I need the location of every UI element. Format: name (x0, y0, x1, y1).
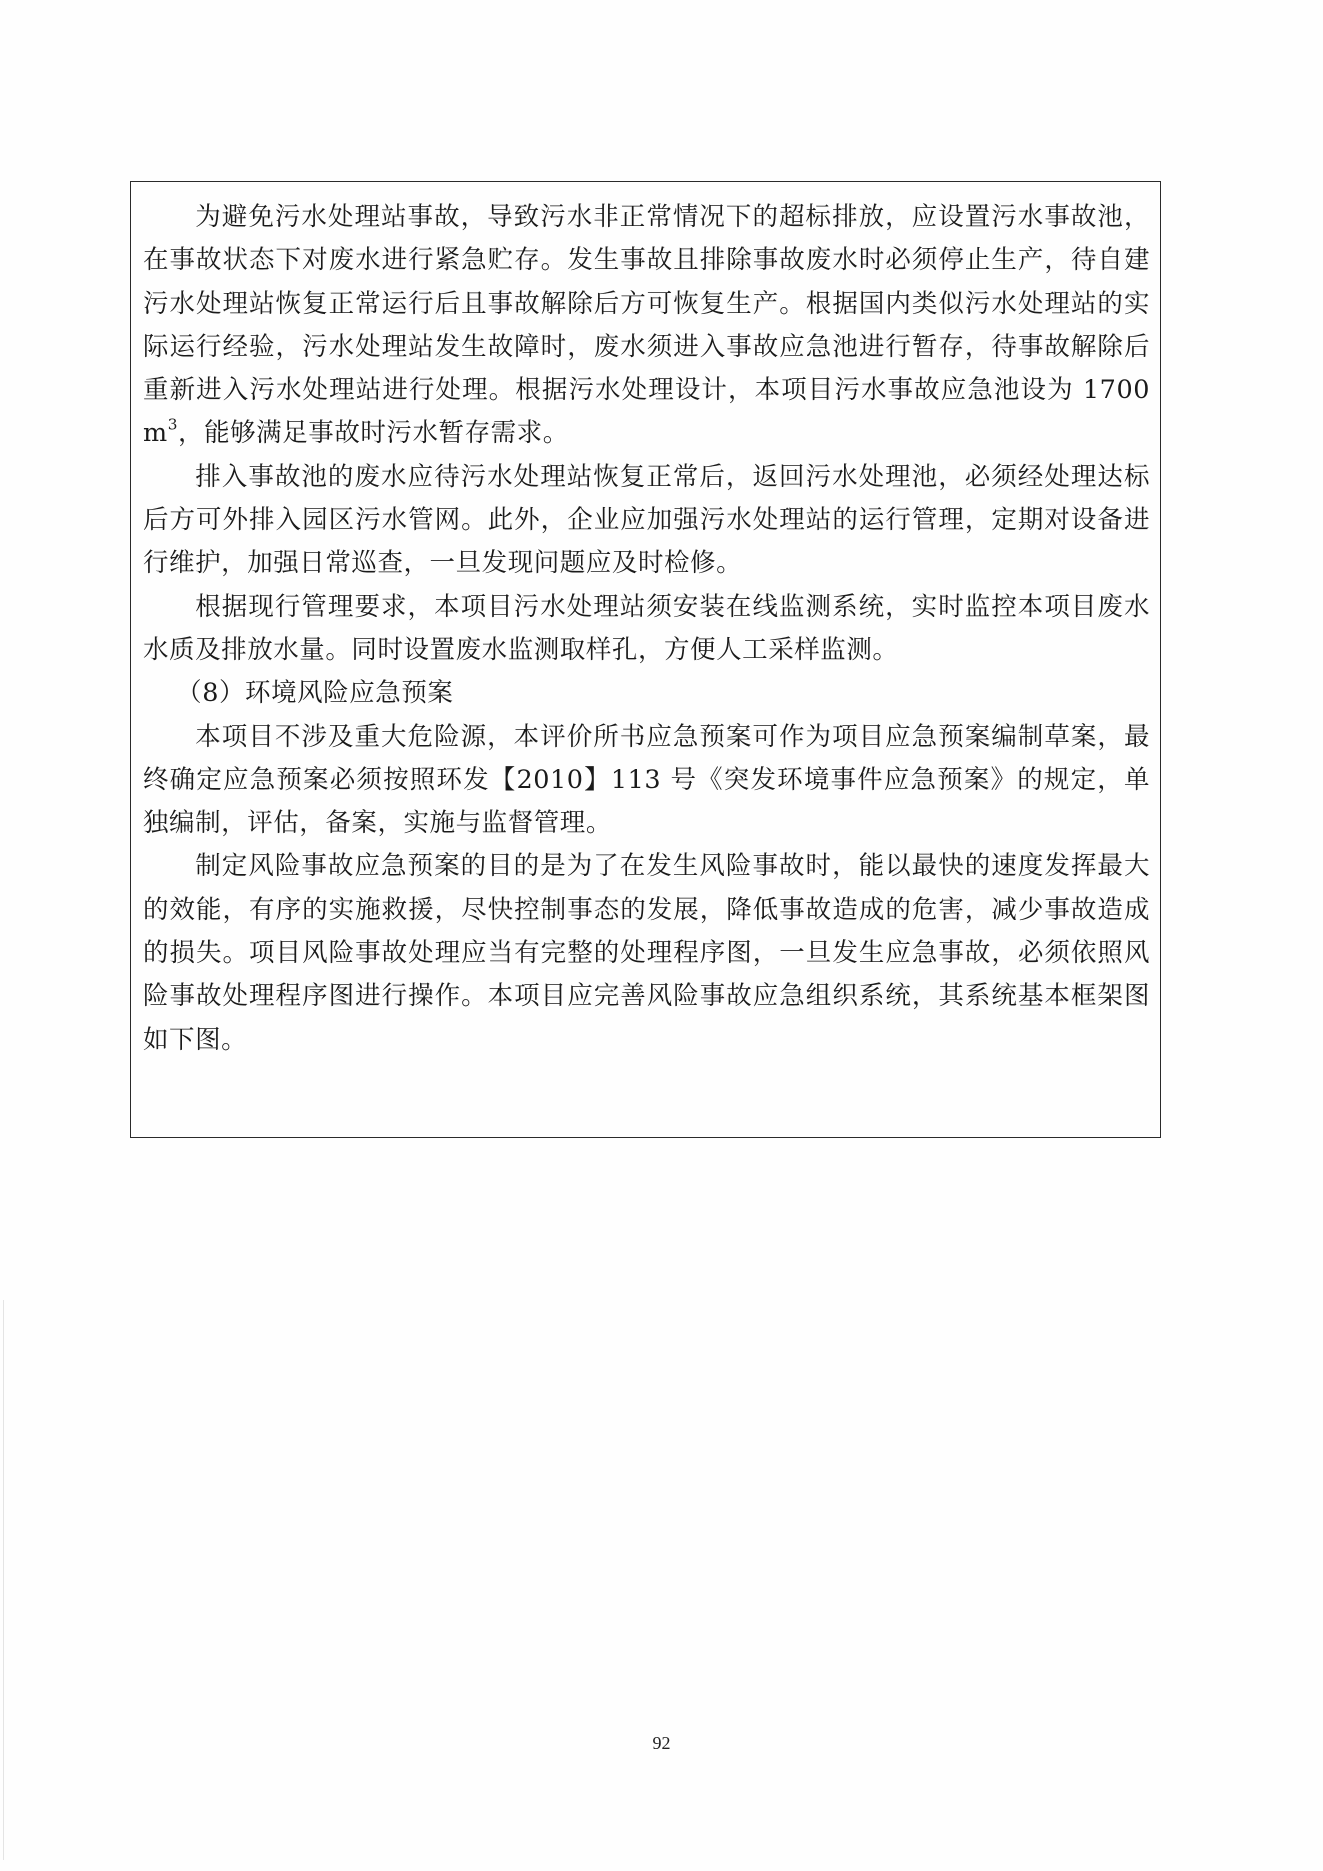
paragraph-text-continued: ，能够满足事故时污水暂存需求。 (178, 418, 569, 448)
bordered-text-box: 为避免污水处理站事故，导致污水非正常情况下的超标排放，应设置污水事故池，在事故状… (130, 181, 1161, 1138)
page-number: 92 (0, 1733, 1323, 1754)
paragraph-wastewater-return: 排入事故池的废水应待污水处理站恢复正常后，返回污水处理池，必须经处理达标后方可外… (143, 456, 1150, 586)
paragraph-hazard-source: 本项目不涉及重大危险源，本评价所书应急预案可作为项目应急预案编制草案，最终确定应… (143, 716, 1150, 846)
paragraph-online-monitoring: 根据现行管理要求，本项目污水处理站须安装在线监测系统，实时监控本项目废水水质及排… (143, 586, 1150, 673)
paragraph-plan-purpose: 制定风险事故应急预案的目的是为了在发生风险事故时，能以最快的速度发挥最大的效能，… (143, 845, 1150, 1061)
section-heading-risk-plan: （8）环境风险应急预案 (143, 672, 1150, 715)
paragraph-emergency-pool: 为避免污水处理站事故，导致污水非正常情况下的超标排放，应设置污水事故池，在事故状… (143, 196, 1150, 456)
document-page: 为避免污水处理站事故，导致污水非正常情况下的超标排放，应设置污水事故池，在事故状… (0, 0, 1323, 1871)
paragraph-text: 为避免污水处理站事故，导致污水非正常情况下的超标排放，应设置污水事故池，在事故状… (143, 202, 1150, 448)
superscript-cubic: 3 (168, 416, 178, 434)
scan-edge-line (3, 1300, 4, 1860)
